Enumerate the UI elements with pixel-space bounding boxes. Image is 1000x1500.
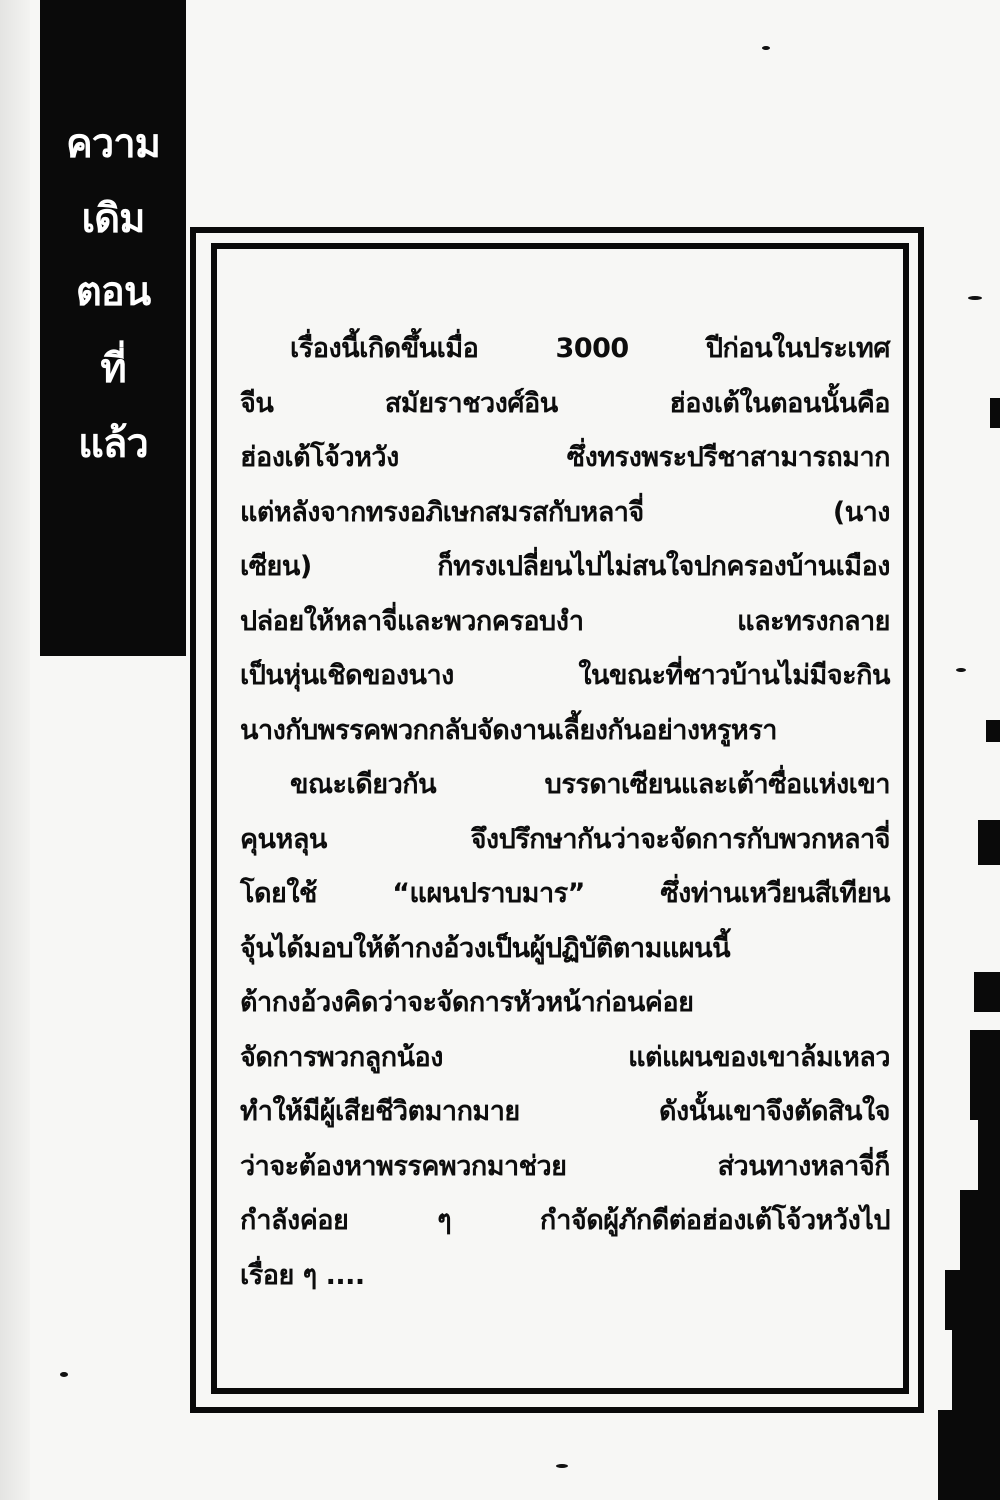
title-word: ตอน	[40, 268, 186, 316]
text-line: เซียน) ก็ทรงเปลี่ยนไปไม่สนใจปกครองบ้านเม…	[240, 540, 890, 595]
text-line: แต่หลังจากทรงอภิเษกสมรสกับหลาจี่ (นาง	[240, 486, 890, 541]
text-line: เรื่องนี้เกิดขึ้นเมื่อ 3000 ปีก่อนในประเ…	[240, 322, 890, 377]
text-line: ต้ากงอ้วงคิดว่าจะจัดการหัวหน้าก่อนค่อย	[240, 976, 890, 1031]
text-line: ขณะเดียวกัน บรรดาเซียนและเต้าซื่อแห่งเขา	[240, 758, 890, 813]
title-word: เดิม	[40, 195, 186, 243]
page-gutter	[0, 0, 30, 1500]
text-line: นางกับพรรคพวกกลับจัดงานเลี้ยงกันอย่างหรู…	[240, 704, 890, 759]
text-line: ว่าจะต้องหาพรรคพวกมาช่วย ส่วนทางหลาจี่ก็	[240, 1140, 890, 1195]
text-line: จุ้นได้มอบให้ต้ากงอ้วงเป็นผู้ปฏิบัติตามแ…	[240, 922, 890, 977]
text-line: ฮ่องเต้โจ้วหวัง ซึ่งทรงพระปรีชาสามารถมาก	[240, 431, 890, 486]
title-word: ความ	[40, 120, 186, 168]
story-summary: เรื่องนี้เกิดขึ้นเมื่อ 3000 ปีก่อนในประเ…	[240, 322, 890, 1303]
text-line: จีน สมัยราชวงศ์อิน ฮ่องเต้ในตอนนั้นคือ	[240, 377, 890, 432]
text-line: เรื่อย ๆ ....	[240, 1249, 890, 1304]
previous-episode-title-bar: ความ เดิม ตอน ที่ แล้ว	[40, 0, 186, 656]
text-line: เป็นหุ่นเชิดของนาง ในขณะที่ชาวบ้านไม่มีจ…	[240, 649, 890, 704]
text-line: จัดการพวกลูกน้อง แต่แผนของเขาล้มเหลว	[240, 1031, 890, 1086]
title-word: แล้ว	[40, 420, 186, 468]
text-line: คุนหลุน จึงปรึกษากันว่าจะจัดการกับพวกหลา…	[240, 813, 890, 868]
text-line: โดยใช้ “แผนปราบมาร” ซึ่งท่านเหวียนสีเทีย…	[240, 867, 890, 922]
title-word: ที่	[40, 345, 186, 393]
text-line: ทำให้มีผู้เสียชีวิตมากมาย ดังนั้นเขาจึงต…	[240, 1085, 890, 1140]
text-line: ปล่อยให้หลาจี่และพวกครอบงำ และทรงกลาย	[240, 595, 890, 650]
text-line: กำลังค่อย ๆ กำจัดผู้ภักดีต่อฮ่องเต้โจ้วห…	[240, 1194, 890, 1249]
